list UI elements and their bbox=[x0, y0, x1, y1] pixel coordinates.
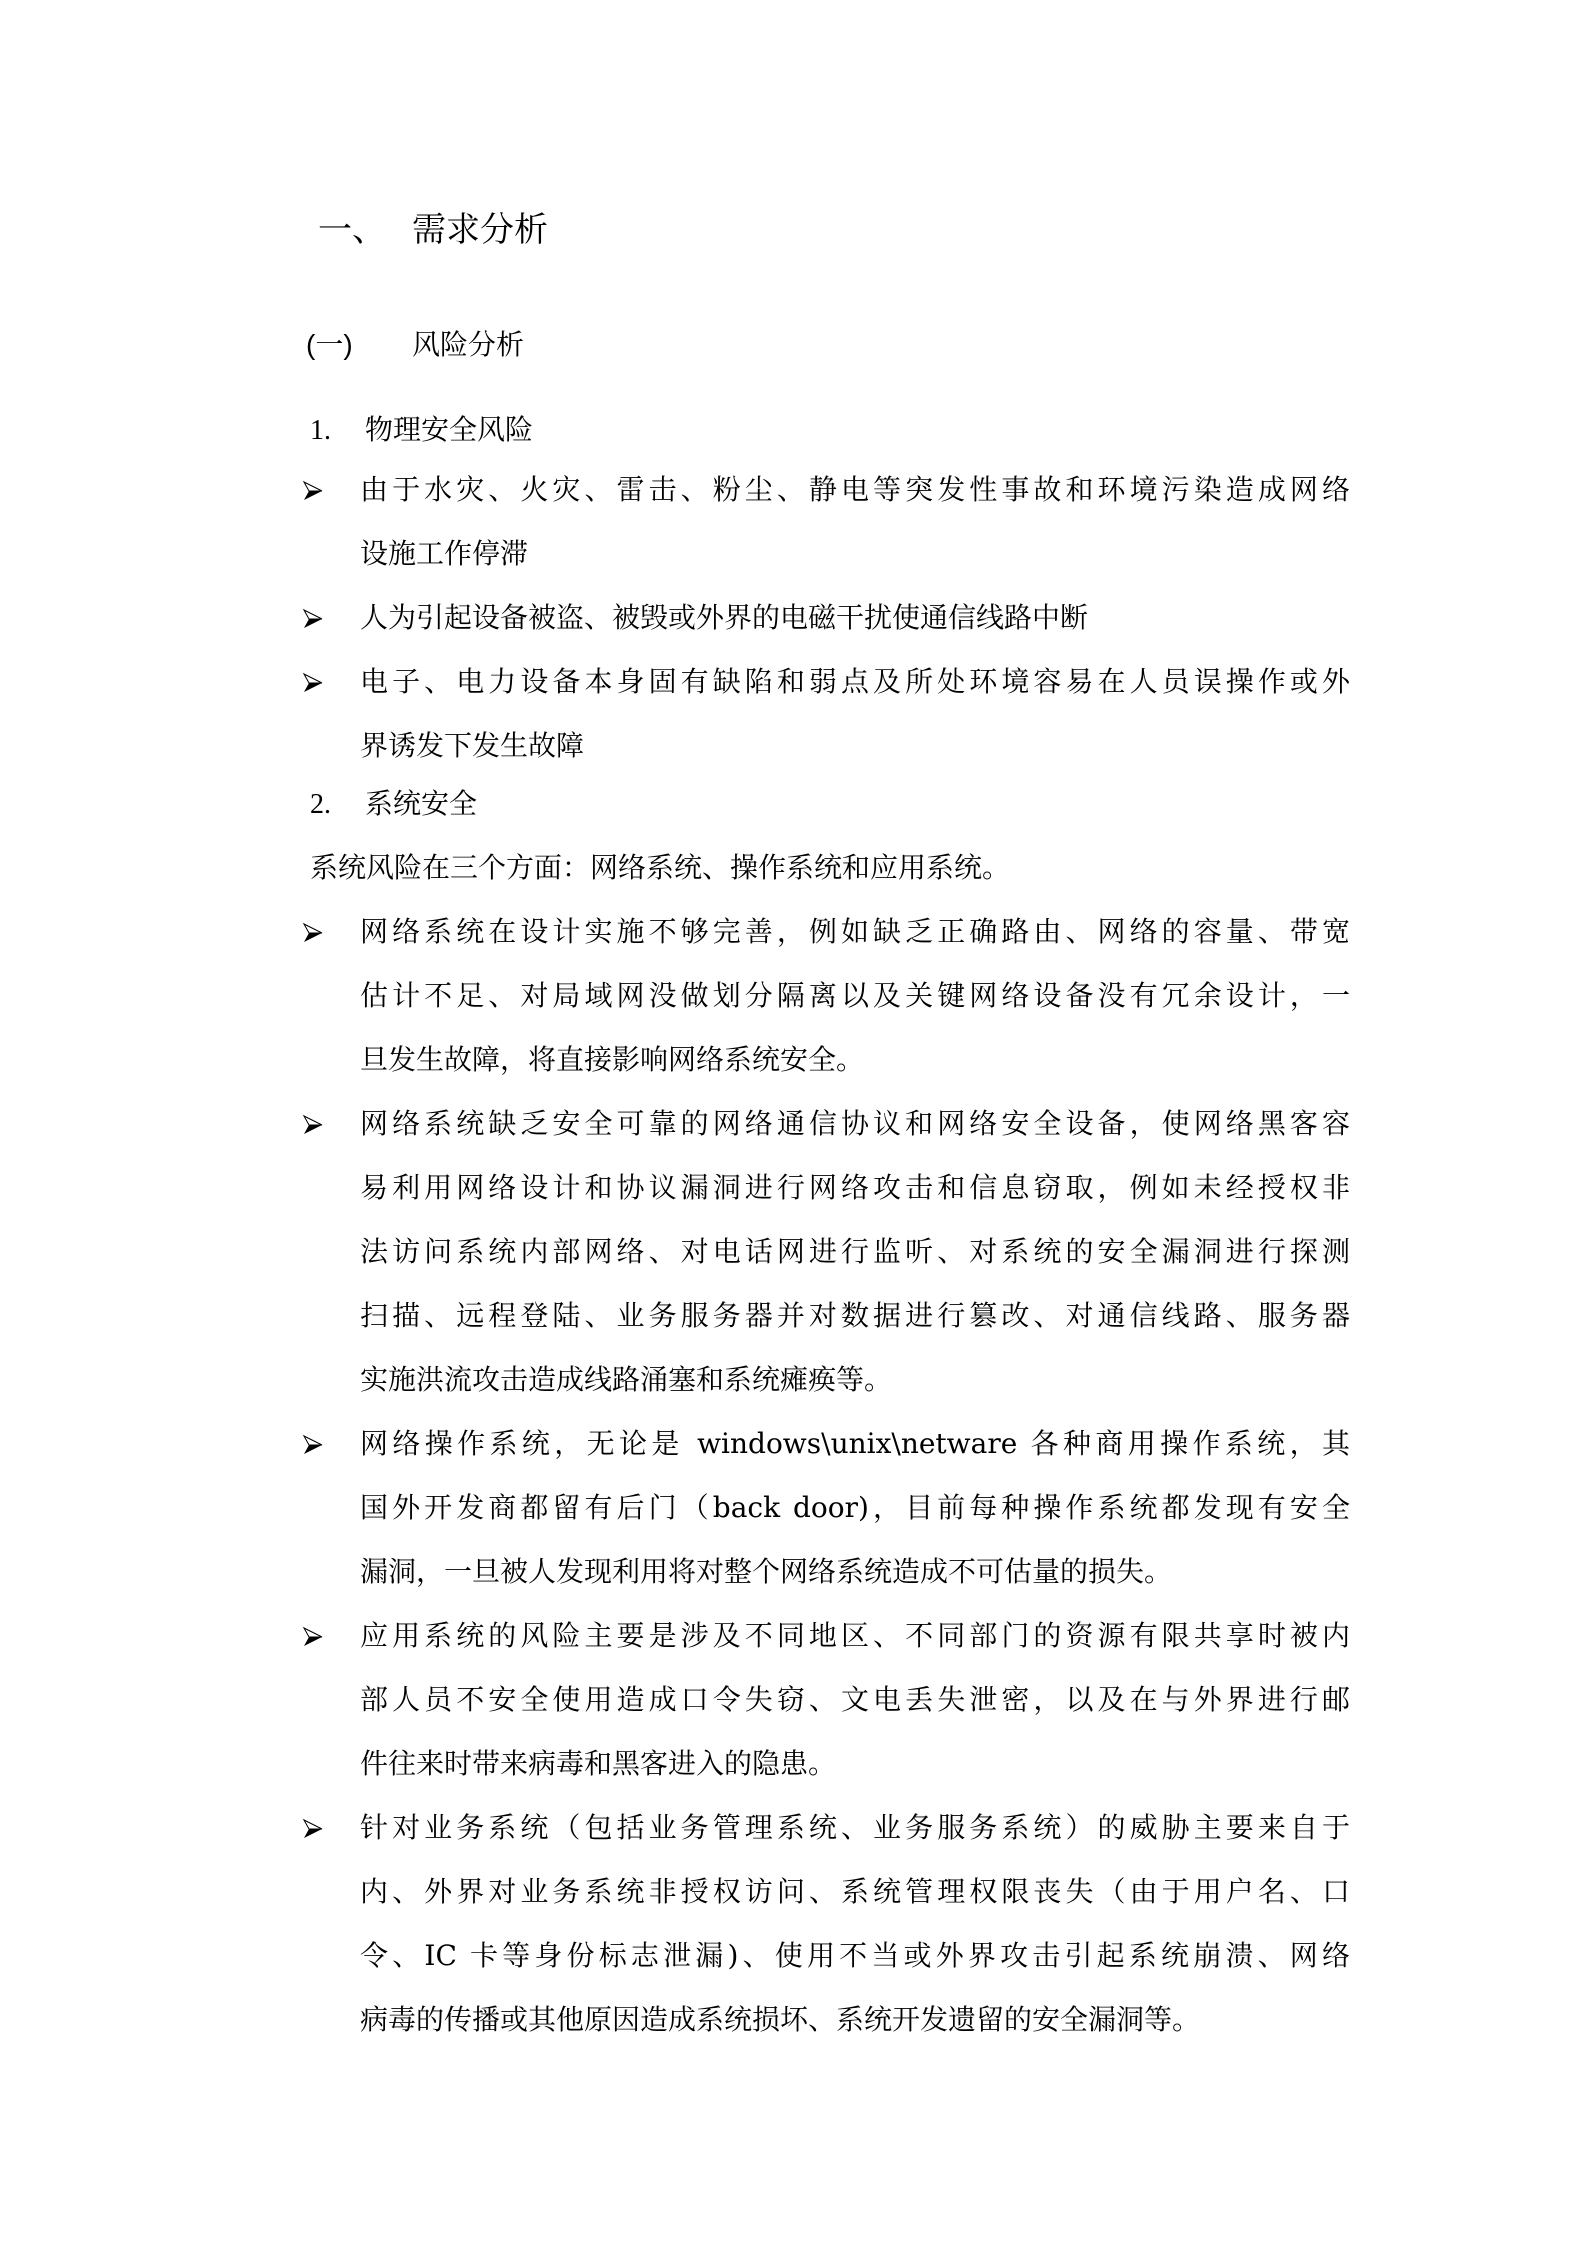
list-item: 针对业务系统（包括业务管理系统、业务服务系统）的威胁主要来自于 内、外界对业务系… bbox=[302, 1796, 1352, 2052]
list-item-line: 网络操作系统，无论是 windows\unix\netware 各种商用操作系统… bbox=[360, 1412, 1350, 1476]
list-item: 人为引起设备被盗、被毁或外界的电磁干扰使通信线路中断 bbox=[302, 586, 1352, 650]
list-item: 由于水灾、火灾、雷击、粉尘、静电等突发性事故和环境污染造成网络 设施工作停滞 bbox=[302, 458, 1352, 586]
list-item-line: 电子、电力设备本身固有缺陷和弱点及所处环境容易在人员误操作或外 bbox=[360, 650, 1350, 714]
section-intro-paragraph: 系统风险在三个方面：网络系统、操作系统和应用系统。 bbox=[310, 836, 1010, 900]
list-item-line: 网络系统在设计实施不够完善，例如缺乏正确路由、网络的容量、带宽 bbox=[360, 900, 1350, 964]
heading-2: (一)风险分析 bbox=[306, 325, 524, 365]
list-item-line: 法访问系统内部网络、对电话网进行监听、对系统的安全漏洞进行探测 bbox=[360, 1220, 1350, 1284]
section-title: 系统安全 bbox=[365, 788, 477, 819]
arrowhead-bullet-icon bbox=[302, 1114, 324, 1136]
list-item-line: 扫描、远程登陆、业务服务器并对数据进行篡改、对通信线路、服务器 bbox=[360, 1284, 1350, 1348]
list-item-line: 人为引起设备被盗、被毁或外界的电磁干扰使通信线路中断 bbox=[360, 586, 1350, 650]
section-title: 物理安全风险 bbox=[365, 414, 533, 445]
heading-2-number: (一) bbox=[306, 325, 412, 365]
arrowhead-bullet-icon bbox=[302, 1626, 324, 1648]
list-item: 电子、电力设备本身固有缺陷和弱点及所处环境容易在人员误操作或外 界诱发下发生故障 bbox=[302, 650, 1352, 778]
list-item-line: 设施工作停滞 bbox=[360, 522, 1350, 586]
list-item-line: 界诱发下发生故障 bbox=[360, 714, 1350, 778]
list-item-line: 旦发生故障，将直接影响网络系统安全。 bbox=[360, 1028, 1350, 1092]
section-heading-system-security: 2.系统安全 bbox=[310, 784, 477, 825]
list-item-line: 令、IC 卡等身份标志泄漏)、使用不当或外界攻击引起系统崩溃、网络 bbox=[360, 1924, 1350, 1988]
list-item: 网络系统缺乏安全可靠的网络通信协议和网络安全设备，使网络黑客容 易利用网络设计和… bbox=[302, 1092, 1352, 1412]
list-item-line: 实施洪流攻击造成线路涌塞和系统瘫痪等。 bbox=[360, 1348, 1350, 1412]
arrowhead-bullet-icon bbox=[302, 922, 324, 944]
list-item-line: 应用系统的风险主要是涉及不同地区、不同部门的资源有限共享时被内 bbox=[360, 1604, 1350, 1668]
arrowhead-bullet-icon bbox=[302, 480, 324, 502]
list-item-line: 漏洞，一旦被人发现利用将对整个网络系统造成不可估量的损失。 bbox=[360, 1540, 1350, 1604]
arrowhead-bullet-icon bbox=[302, 608, 324, 630]
list-item-line: 国外开发商都留有后门（back door)，目前每种操作系统都发现有安全 bbox=[360, 1476, 1350, 1540]
list-item-line: 网络系统缺乏安全可靠的网络通信协议和网络安全设备，使网络黑客容 bbox=[360, 1092, 1350, 1156]
heading-2-title: 风险分析 bbox=[412, 329, 524, 360]
list-item-line: 部人员不安全使用造成口令失窃、文电丢失泄密，以及在与外界进行邮 bbox=[360, 1668, 1350, 1732]
list-item-line: 件往来时带来病毒和黑客进入的隐患。 bbox=[360, 1732, 1350, 1796]
heading-1-title: 需求分析 bbox=[412, 211, 548, 249]
list-item: 网络操作系统，无论是 windows\unix\netware 各种商用操作系统… bbox=[302, 1412, 1352, 1604]
list-item-line: 易利用网络设计和协议漏洞进行网络攻击和信息窃取，例如未经授权非 bbox=[360, 1156, 1350, 1220]
list-item-line: 内、外界对业务系统非授权访问、系统管理权限丧失（由于用户名、口 bbox=[360, 1860, 1350, 1924]
section-number: 2. bbox=[310, 785, 365, 825]
arrowhead-bullet-icon bbox=[302, 1434, 324, 1456]
list-item-line: 针对业务系统（包括业务管理系统、业务服务系统）的威胁主要来自于 bbox=[360, 1796, 1350, 1860]
section-number: 1. bbox=[310, 411, 365, 451]
arrowhead-bullet-icon bbox=[302, 672, 324, 694]
list-item: 应用系统的风险主要是涉及不同地区、不同部门的资源有限共享时被内 部人员不安全使用… bbox=[302, 1604, 1352, 1796]
heading-1-number: 一、 bbox=[318, 206, 412, 254]
list-item-line: 由于水灾、火灾、雷击、粉尘、静电等突发性事故和环境污染造成网络 bbox=[360, 458, 1350, 522]
arrowhead-bullet-icon bbox=[302, 1818, 324, 1840]
heading-1: 一、需求分析 bbox=[318, 206, 548, 254]
document-page: 一、需求分析 (一)风险分析 1.物理安全风险 由于水灾、火灾、雷击、粉尘、静电… bbox=[0, 0, 1587, 2245]
list-item-line: 估计不足、对局域网没做划分隔离以及关键网络设备没有冗余设计，一 bbox=[360, 964, 1350, 1028]
list-item: 网络系统在设计实施不够完善，例如缺乏正确路由、网络的容量、带宽 估计不足、对局域… bbox=[302, 900, 1352, 1092]
section-heading-physical-security: 1.物理安全风险 bbox=[310, 410, 533, 451]
list-item-line: 病毒的传播或其他原因造成系统损坏、系统开发遗留的安全漏洞等。 bbox=[360, 1988, 1350, 2052]
